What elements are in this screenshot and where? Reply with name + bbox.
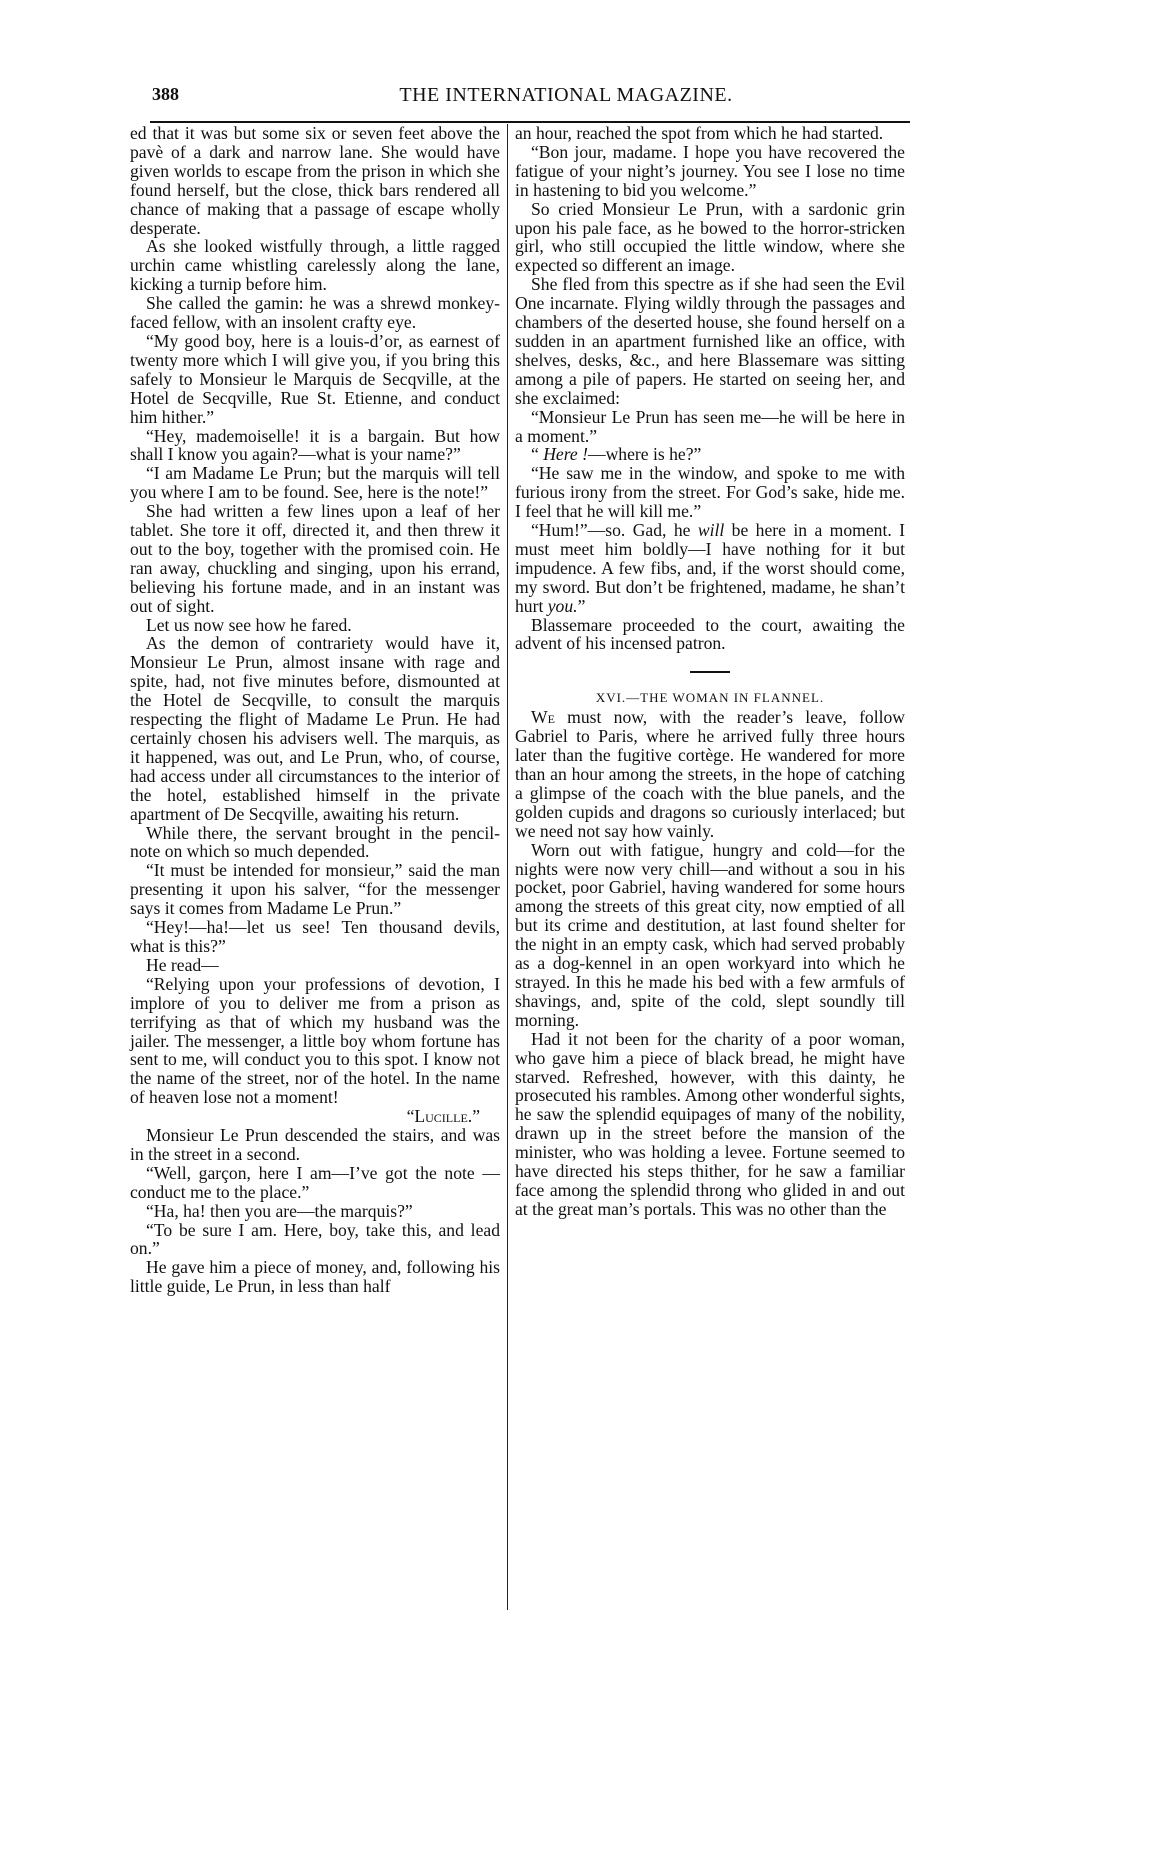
italic-text: you. [548,596,578,616]
paragraph: “It must be intended for monsieur,” said… [130,861,500,918]
paragraph: “He saw me in the window, and spoke to m… [515,464,905,521]
paragraph: “To be sure I am. Here, boy, take this, … [130,1221,500,1259]
paragraph: Had it not been for the charity of a poo… [515,1030,905,1219]
paragraph: “Bon jour, madame. I hope you have recov… [515,143,905,200]
right-column: an hour, reached the spot from which he … [515,124,905,1219]
text: —where is he?” [588,444,701,464]
paragraph: an hour, reached the spot from which he … [515,124,905,143]
paragraph: Blassemare proceeded to the court, await… [515,616,905,654]
paragraph: Worn out with fatigue, hungry and cold—f… [515,841,905,1030]
paragraph: He read— [130,956,500,975]
text: must now, with the reader’s leave, follo… [515,707,905,840]
paragraph: Monsieur Le Prun descended the stairs, a… [130,1126,500,1164]
section-title: XVI.—THE WOMAN IN FLANNEL. [515,689,905,708]
text: “Hum!”—so. Gad, he [531,520,698,540]
initial-word: We [531,707,555,727]
paragraph: We must now, with the reader’s leave, fo… [515,708,905,840]
letter-text: “Relying upon your professions of devoti… [130,975,500,1107]
left-column: ed that it was but some six or seven fee… [130,124,500,1296]
page-number: 388 [152,84,179,105]
paragraph: “ Here !—where is he?” [515,445,905,464]
paragraph: Let us now see how he fared. [130,616,500,635]
column-divider [507,124,508,1610]
section-divider [690,671,730,673]
magazine-page: 388 THE INTERNATIONAL MAGAZINE. ed that … [0,0,1176,1850]
paragraph: “Hum!”—so. Gad, he will be here in a mom… [515,521,905,616]
paragraph: “Monsieur Le Prun has seen me—he will be… [515,408,905,446]
paragraph: “Well, garçon, here I am—I’ve got the no… [130,1164,500,1202]
paragraph: “Hey, mademoiselle! it is a bargain. But… [130,427,500,465]
letter-signature: “Lucille.” [130,1107,500,1126]
paragraph: She fled from this spectre as if she had… [515,275,905,407]
paragraph: While there, the servant brought in the … [130,824,500,862]
running-title: THE INTERNATIONAL MAGAZINE. [336,84,796,107]
paragraph: ed that it was but some six or seven fee… [130,124,500,237]
text: ” [578,596,586,616]
paragraph: She had written a few lines upon a leaf … [130,502,500,615]
paragraph: “I am Madame Le Prun; but the marquis wi… [130,464,500,502]
paragraph: “Hey!—ha!—let us see! Ten thousand devil… [130,918,500,956]
paragraph: “Ha, ha! then you are—the marquis?” [130,1202,500,1221]
paragraph: She called the gamin: he was a shrewd mo… [130,294,500,332]
paragraph: So cried Monsieur Le Prun, with a sardon… [515,200,905,276]
italic-text: will [698,520,724,540]
paragraph: As the demon of contrariety would have i… [130,634,500,823]
italic-text: Here ! [543,444,588,464]
paragraph: He gave him a piece of money, and, follo… [130,1258,500,1296]
paragraph: “My good boy, here is a louis-d’or, as e… [130,332,500,427]
paragraph: As she looked wistfully through, a littl… [130,237,500,294]
